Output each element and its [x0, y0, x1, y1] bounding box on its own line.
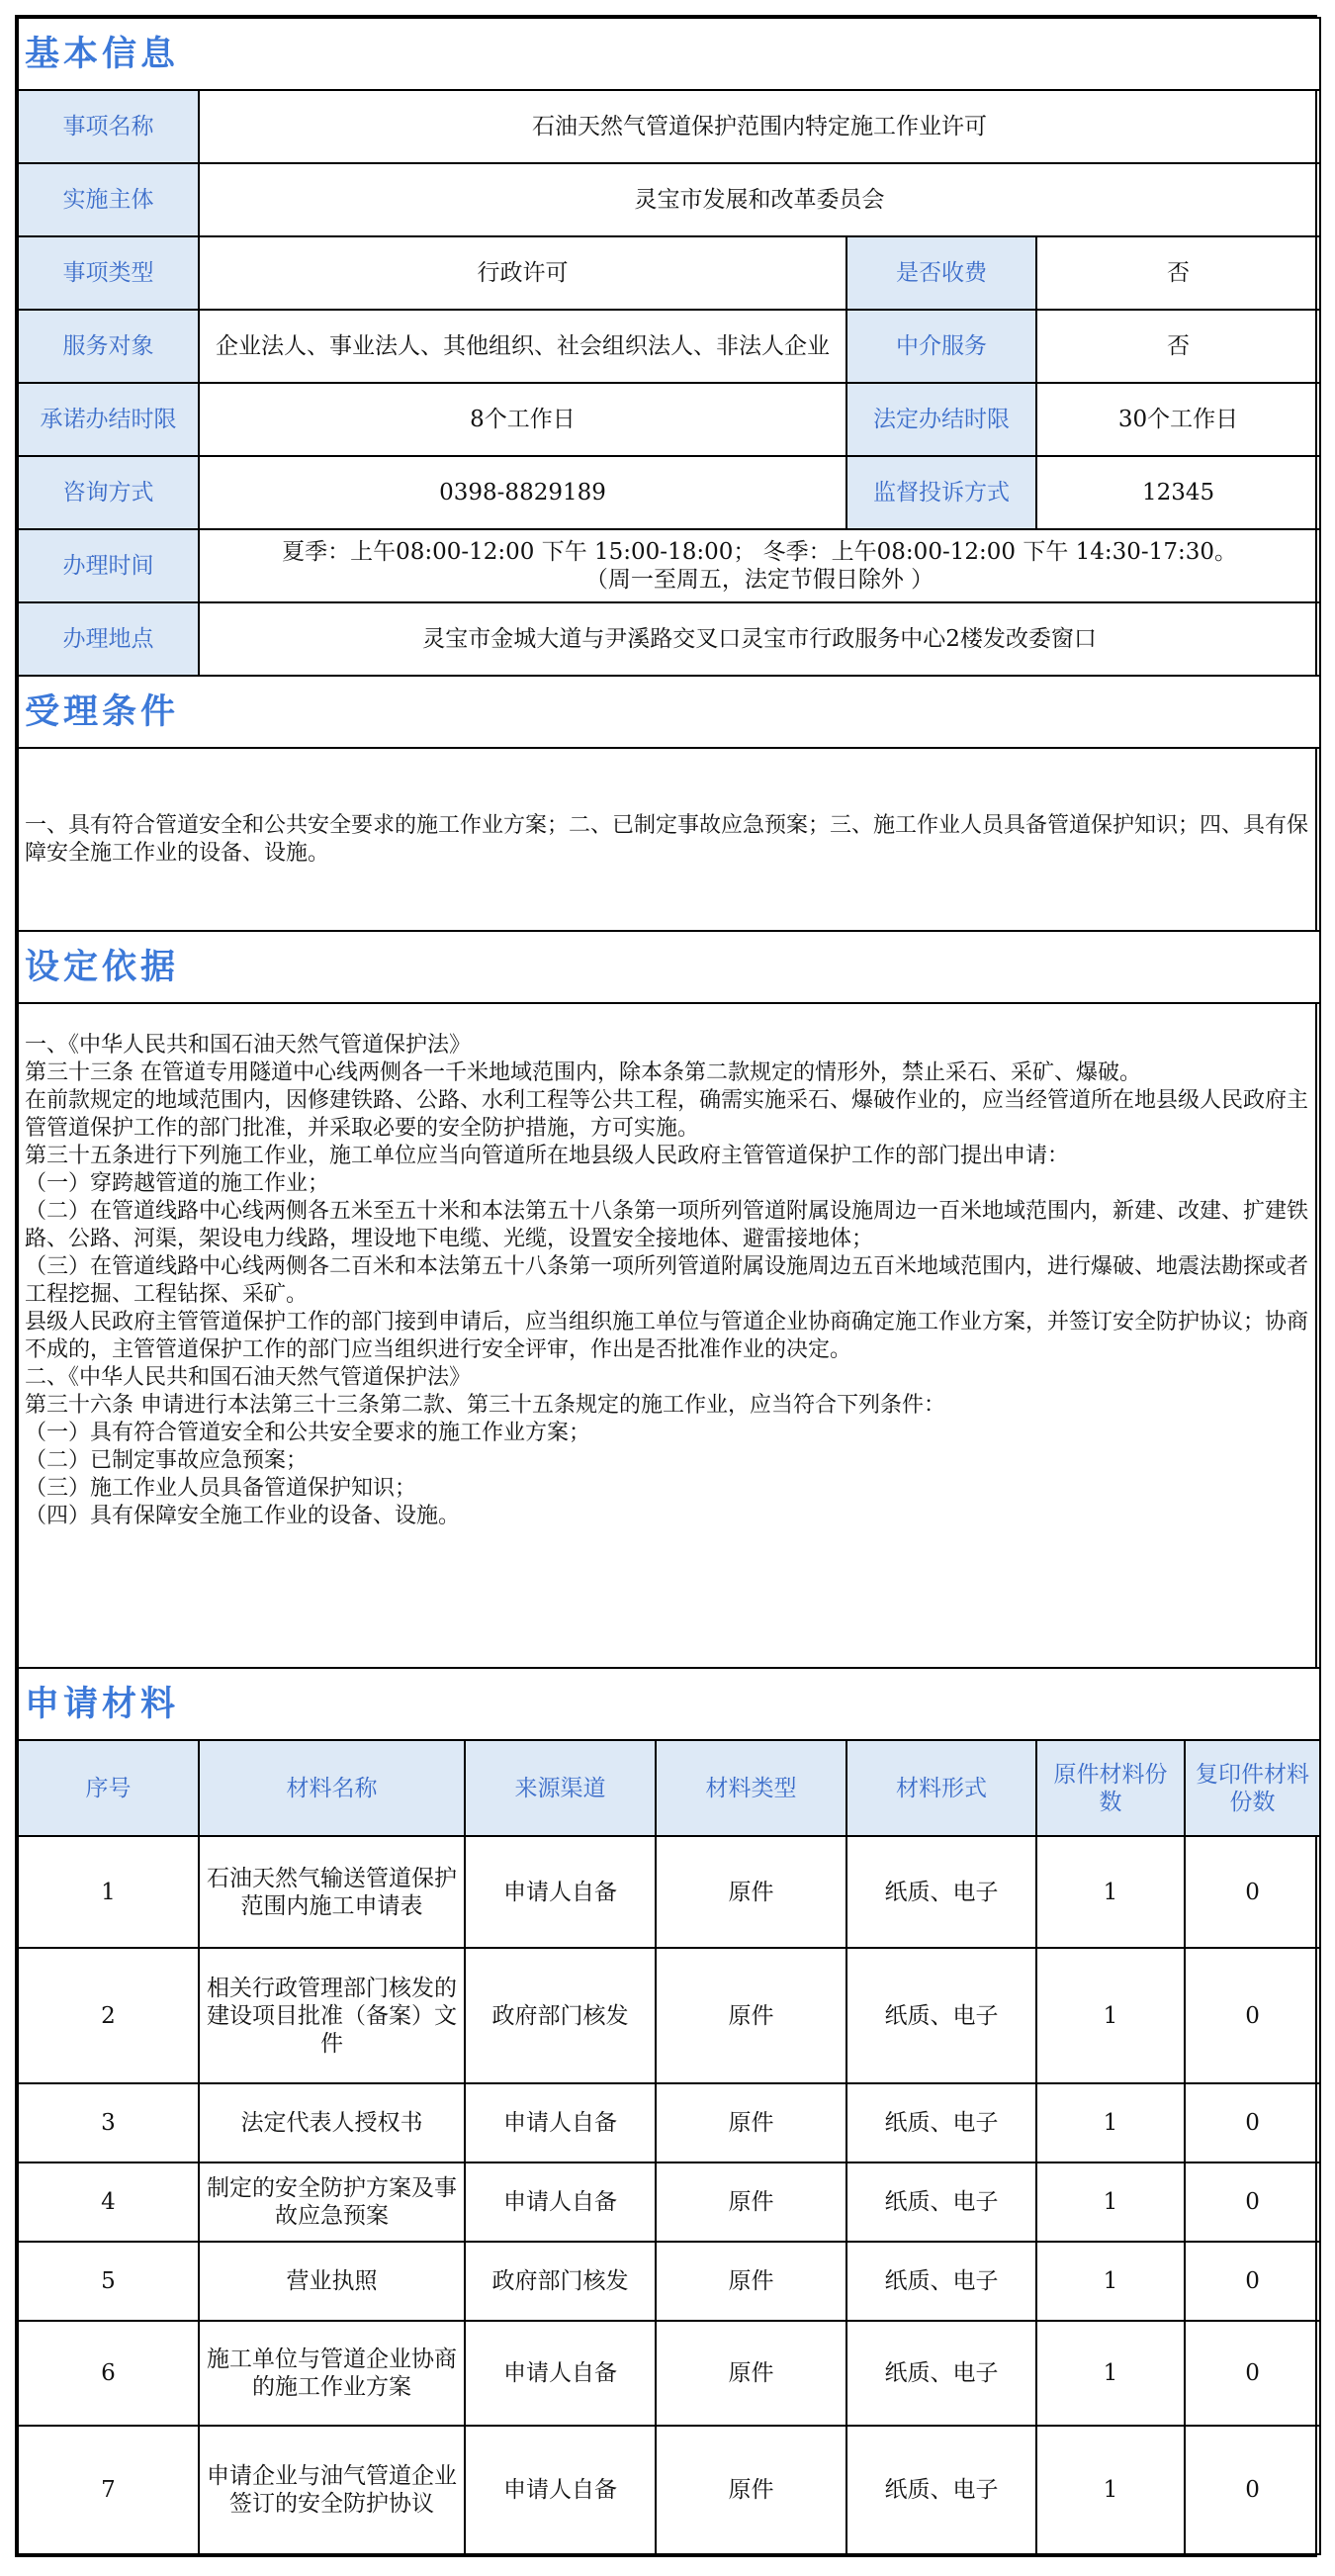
hours-line-1: 夏季：上午08:00-12:00 下午 15:00-18:00； 冬季：上午08…	[206, 538, 1313, 566]
row-type: 原件	[656, 2426, 846, 2554]
basis-line: （一）具有符合管道安全和公共安全要求的施工作业方案；	[25, 1420, 1313, 1447]
service-item-sheet: 基本信息 事项名称 石油天然气管道保护范围内特定施工作业许可 实施主体 灵宝市发…	[15, 15, 1317, 2557]
col-header-original-count: 原件材料份数	[1036, 1740, 1185, 1836]
row-form: 纸质、电子	[846, 1836, 1036, 1948]
basis-line: 第三十五条进行下列施工作业，施工单位应当向管道所在地县级人民政府主管管道保护工作…	[25, 1143, 1313, 1170]
table-row: 6 施工单位与管道企业协商的施工作业方案 申请人自备 原件 纸质、电子 1 0	[18, 2321, 1320, 2426]
row-form: 纸质、电子	[846, 1948, 1036, 2083]
item-type-value: 行政许可	[199, 236, 846, 310]
materials-header-row: 序号 材料名称 来源渠道 材料类型 材料形式 原件材料份数 复印件材料份数	[18, 1740, 1320, 1836]
row-no: 3	[18, 2083, 199, 2162]
complaint-label: 监督投诉方式	[846, 456, 1036, 529]
hours-value: 夏季：上午08:00-12:00 下午 15:00-18:00； 冬季：上午08…	[199, 529, 1320, 602]
row-copy-count: 0	[1185, 2162, 1320, 2242]
location-value: 灵宝市金城大道与尹溪路交叉口灵宝市行政服务中心2楼发改委窗口	[199, 602, 1320, 676]
row-type: 原件	[656, 2162, 846, 2242]
consult-phone: 0398-8829189	[199, 456, 846, 529]
row-original-count: 1	[1036, 2083, 1185, 2162]
conditions-text: 一、具有符合管道安全和公共安全要求的施工作业方案；二、已制定事故应急预案；三、施…	[18, 748, 1320, 931]
basis-line: （二）已制定事故应急预案；	[25, 1447, 1313, 1475]
basis-line: （一）穿跨越管道的施工作业；	[25, 1170, 1313, 1198]
table-row: 2 相关行政管理部门核发的建设项目批准（备案）文件 政府部门核发 原件 纸质、电…	[18, 1948, 1320, 2083]
basis-line: （四）具有保障安全施工作业的设备、设施。	[25, 1503, 1313, 1530]
row-original-count: 1	[1036, 2162, 1185, 2242]
col-header-type: 材料类型	[656, 1740, 846, 1836]
row-original-count: 1	[1036, 1836, 1185, 1948]
col-header-form: 材料形式	[846, 1740, 1036, 1836]
section-title-materials: 申请材料	[18, 1668, 1320, 1740]
row-type: 原件	[656, 2242, 846, 2321]
row-no: 4	[18, 2162, 199, 2242]
row-source: 政府部门核发	[465, 2242, 656, 2321]
row-material-name: 申请企业与油气管道企业签订的安全防护协议	[199, 2426, 465, 2554]
row-type: 原件	[656, 1948, 846, 2083]
legal-limit-value: 30个工作日	[1036, 383, 1320, 456]
row-form: 纸质、电子	[846, 2162, 1036, 2242]
section-title-basic-info: 基本信息	[18, 18, 1320, 90]
row-material-name: 石油天然气输送管道保护范围内施工申请表	[199, 1836, 465, 1948]
row-no: 2	[18, 1948, 199, 2083]
hours-line-2: （周一至周五，法定节假日除外 ）	[206, 566, 1313, 594]
basis-line: 县级人民政府主管管道保护工作的部门接到申请后，应当组织施工单位与管道企业协商确定…	[25, 1309, 1313, 1364]
row-material-name: 法定代表人授权书	[199, 2083, 465, 2162]
basis-line: 在前款规定的地域范围内，因修建铁路、公路、水利工程等公共工程，确需实施采石、爆破…	[25, 1087, 1313, 1143]
row-source: 申请人自备	[465, 2162, 656, 2242]
basis-line: 第三十六条 申请进行本法第三十三条第二款、第三十五条规定的施工作业，应当符合下列…	[25, 1392, 1313, 1420]
row-original-count: 1	[1036, 2242, 1185, 2321]
row-copy-count: 0	[1185, 2242, 1320, 2321]
col-header-name: 材料名称	[199, 1740, 465, 1836]
promised-limit-value: 8个工作日	[199, 383, 846, 456]
row-copy-count: 0	[1185, 2321, 1320, 2426]
implementer-value: 灵宝市发展和改革委员会	[199, 163, 1320, 236]
row-material-name: 相关行政管理部门核发的建设项目批准（备案）文件	[199, 1948, 465, 2083]
intermediary-label: 中介服务	[846, 310, 1036, 383]
row-original-count: 1	[1036, 2321, 1185, 2426]
row-no: 1	[18, 1836, 199, 1948]
service-target-label: 服务对象	[18, 310, 199, 383]
row-original-count: 1	[1036, 2426, 1185, 2554]
item-name-label: 事项名称	[18, 90, 199, 163]
col-header-no: 序号	[18, 1740, 199, 1836]
fee-label: 是否收费	[846, 236, 1036, 310]
basis-line: （二）在管道线路中心线两侧各五米至五十米和本法第五十八条第一项所列管道附属设施周…	[25, 1198, 1313, 1253]
consult-label: 咨询方式	[18, 456, 199, 529]
row-type: 原件	[656, 2321, 846, 2426]
basis-line: 二、《中华人民共和国石油天然气管道保护法》	[25, 1364, 1313, 1392]
table-row: 7 申请企业与油气管道企业签订的安全防护协议 申请人自备 原件 纸质、电子 1 …	[18, 2426, 1320, 2554]
table-row: 5 营业执照 政府部门核发 原件 纸质、电子 1 0	[18, 2242, 1320, 2321]
row-source: 申请人自备	[465, 2321, 656, 2426]
legal-limit-label: 法定办结时限	[846, 383, 1036, 456]
basis-text: 一、《中华人民共和国石油天然气管道保护法》 第三十三条 在管道专用隧道中心线两侧…	[18, 1003, 1320, 1668]
row-copy-count: 0	[1185, 1948, 1320, 2083]
row-copy-count: 0	[1185, 2426, 1320, 2554]
col-header-copy-count: 复印件材料份数	[1185, 1740, 1320, 1836]
row-type: 原件	[656, 2083, 846, 2162]
complaint-value: 12345	[1036, 456, 1320, 529]
location-label: 办理地点	[18, 602, 199, 676]
row-copy-count: 0	[1185, 1836, 1320, 1948]
row-type: 原件	[656, 1836, 846, 1948]
hours-label: 办理时间	[18, 529, 199, 602]
row-form: 纸质、电子	[846, 2426, 1036, 2554]
basic-info-table: 基本信息 事项名称 石油天然气管道保护范围内特定施工作业许可 实施主体 灵宝市发…	[17, 17, 1321, 2555]
row-source: 政府部门核发	[465, 1948, 656, 2083]
basis-line: （三）在管道线路中心线两侧各二百米和本法第五十八条第一项所列管道附属设施周边五百…	[25, 1253, 1313, 1309]
row-original-count: 1	[1036, 1948, 1185, 2083]
row-source: 申请人自备	[465, 2083, 656, 2162]
table-row: 4 制定的安全防护方案及事故应急预案 申请人自备 原件 纸质、电子 1 0	[18, 2162, 1320, 2242]
row-source: 申请人自备	[465, 2426, 656, 2554]
service-target-value: 企业法人、事业法人、其他组织、社会组织法人、非法人企业	[199, 310, 846, 383]
item-name-value: 石油天然气管道保护范围内特定施工作业许可	[199, 90, 1320, 163]
promised-limit-label: 承诺办结时限	[18, 383, 199, 456]
implementer-label: 实施主体	[18, 163, 199, 236]
row-no: 6	[18, 2321, 199, 2426]
basis-line: 第三十三条 在管道专用隧道中心线两侧各一千米地域范围内，除本条第二款规定的情形外…	[25, 1059, 1313, 1087]
row-form: 纸质、电子	[846, 2321, 1036, 2426]
item-type-label: 事项类型	[18, 236, 199, 310]
fee-value: 否	[1036, 236, 1320, 310]
col-header-source: 来源渠道	[465, 1740, 656, 1836]
row-material-name: 施工单位与管道企业协商的施工作业方案	[199, 2321, 465, 2426]
row-material-name: 营业执照	[199, 2242, 465, 2321]
section-title-conditions: 受理条件	[18, 676, 1320, 748]
row-no: 5	[18, 2242, 199, 2321]
section-title-basis: 设定依据	[18, 931, 1320, 1003]
row-copy-count: 0	[1185, 2083, 1320, 2162]
row-form: 纸质、电子	[846, 2083, 1036, 2162]
row-form: 纸质、电子	[846, 2242, 1036, 2321]
row-material-name: 制定的安全防护方案及事故应急预案	[199, 2162, 465, 2242]
basis-line: （三）施工作业人员具备管道保护知识；	[25, 1475, 1313, 1503]
row-no: 7	[18, 2426, 199, 2554]
intermediary-value: 否	[1036, 310, 1320, 383]
table-row: 1 石油天然气输送管道保护范围内施工申请表 申请人自备 原件 纸质、电子 1 0	[18, 1836, 1320, 1948]
basis-line: 一、《中华人民共和国石油天然气管道保护法》	[25, 1032, 1313, 1059]
row-source: 申请人自备	[465, 1836, 656, 1948]
table-row: 3 法定代表人授权书 申请人自备 原件 纸质、电子 1 0	[18, 2083, 1320, 2162]
